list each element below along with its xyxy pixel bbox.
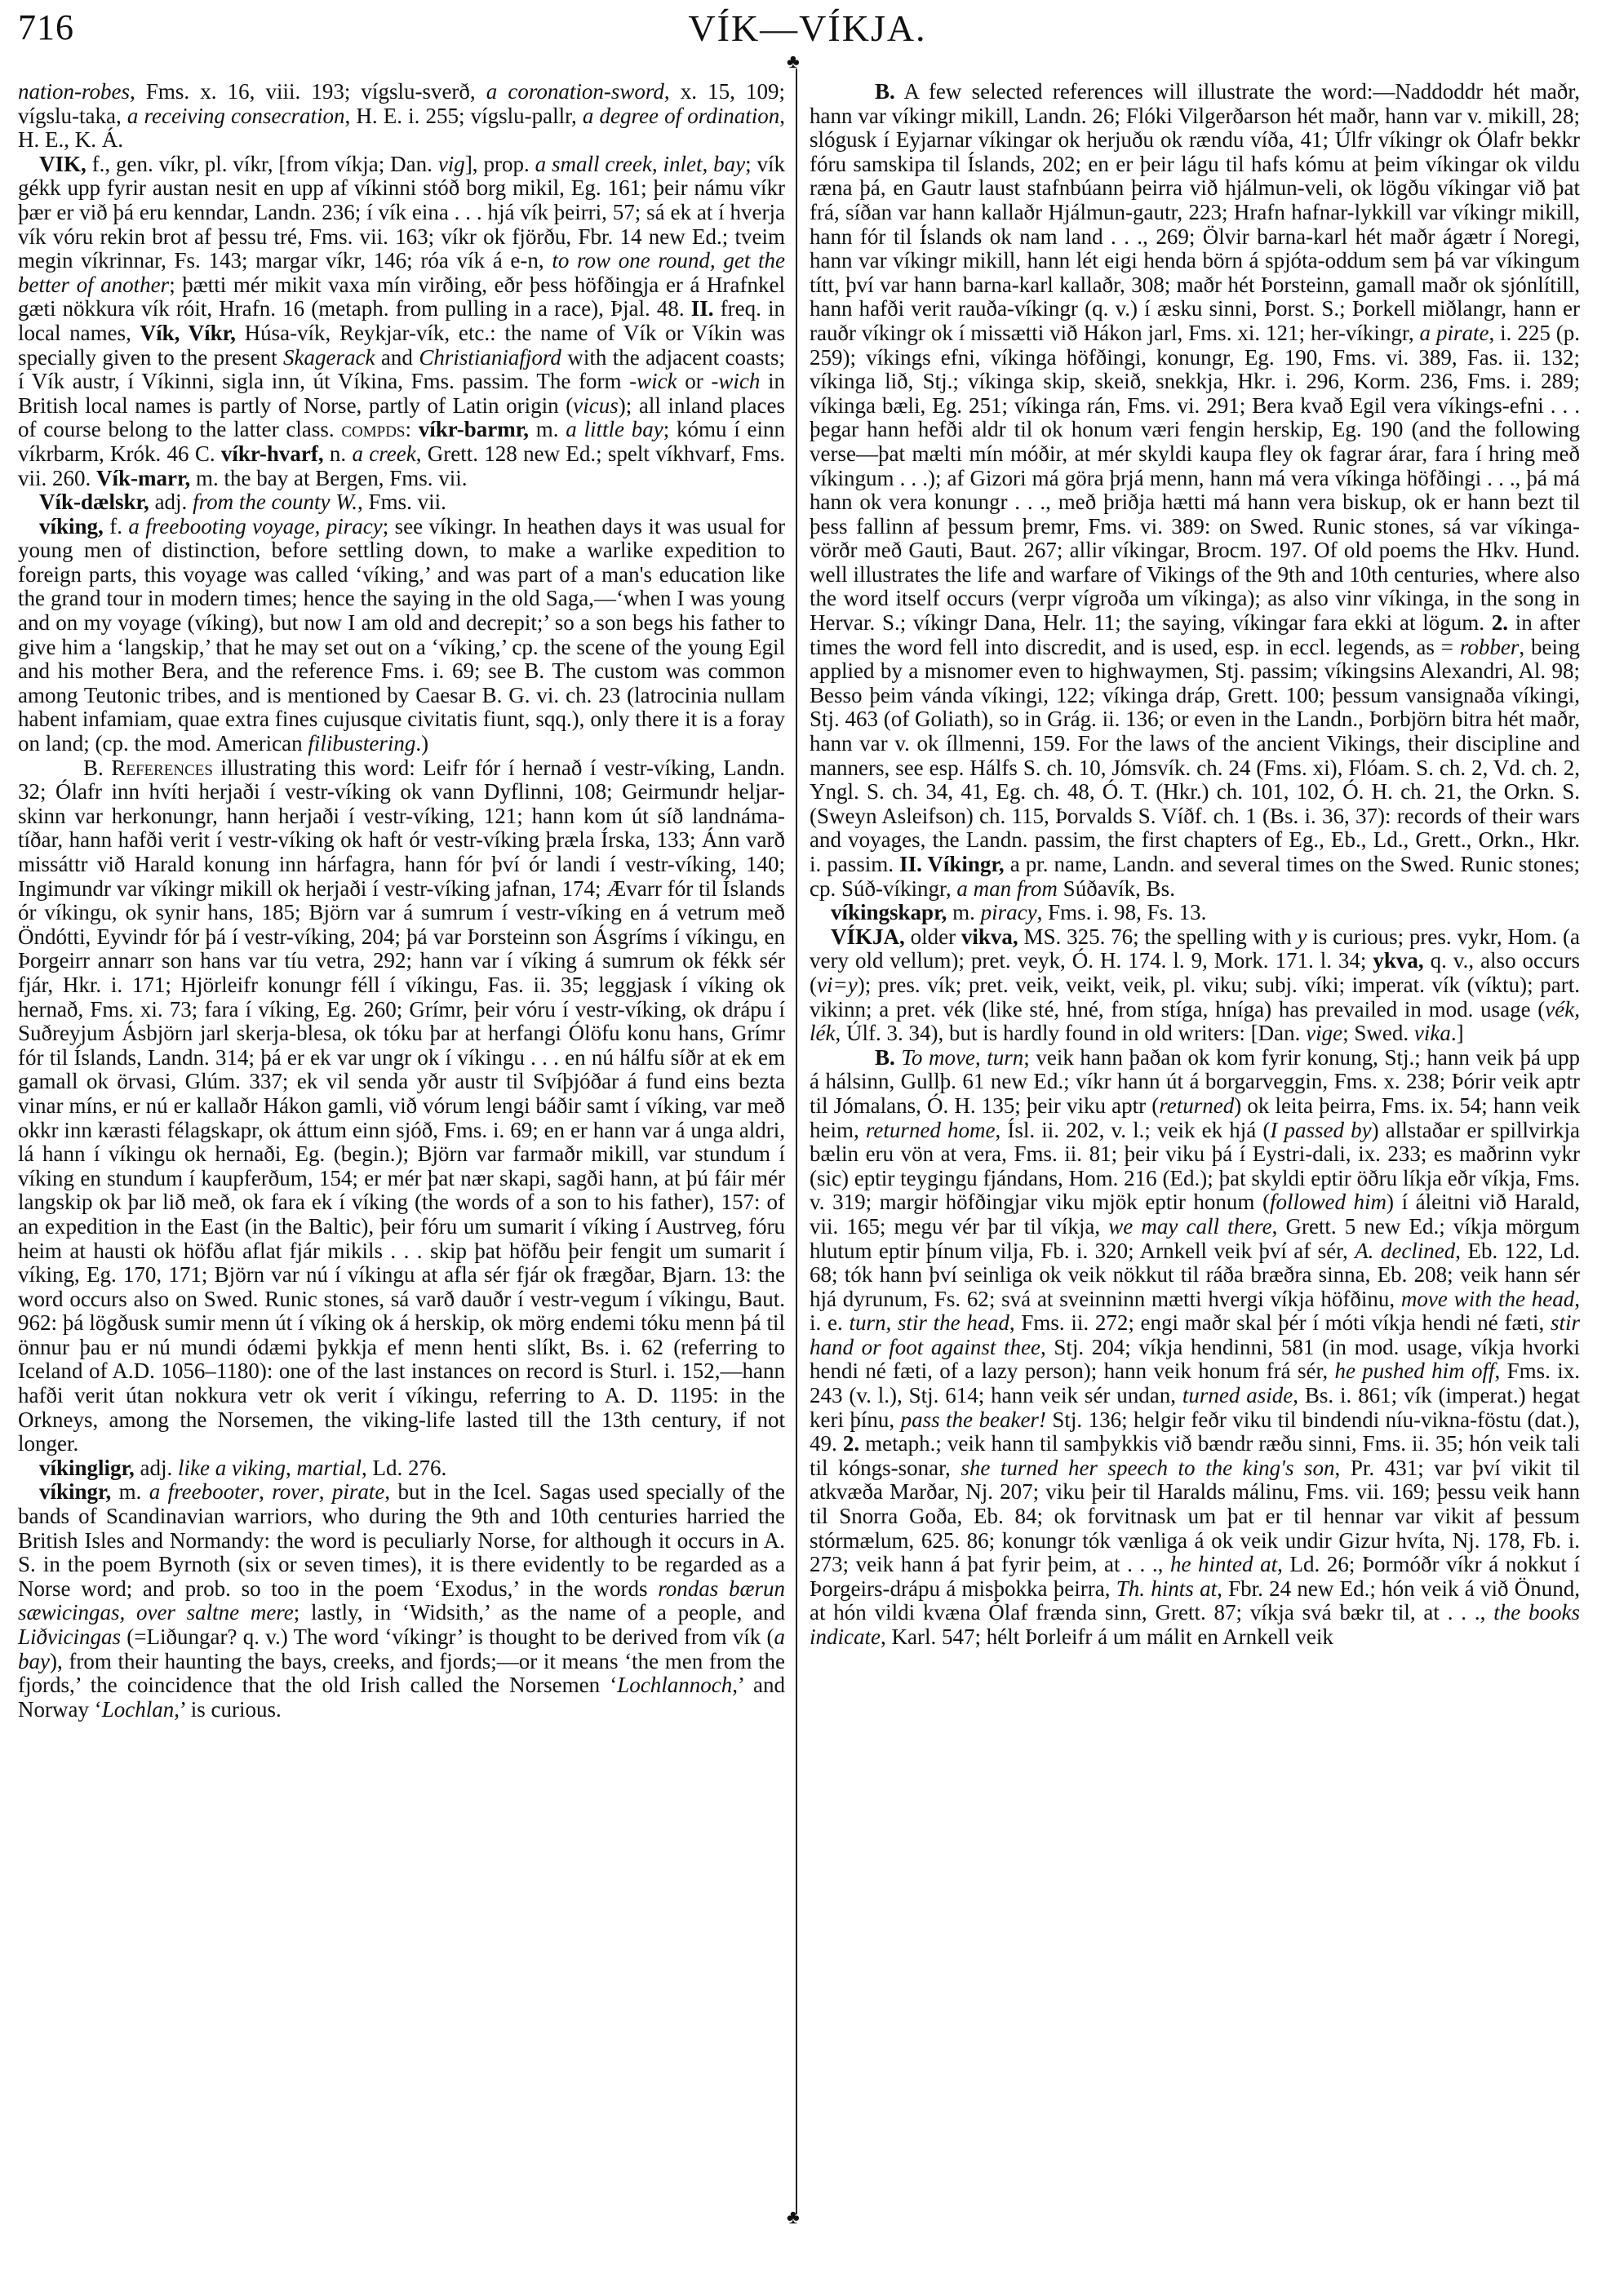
column-divider (796, 69, 797, 2214)
dictionary-entry-vik-daelskr: Vík-dælskr, adj. from the county W., Fms… (18, 490, 785, 515)
dictionary-entry-cont: nation-robes, Fms. x. 16, viii. 193; víg… (18, 80, 785, 153)
entry-text: vige (1306, 1021, 1342, 1045)
entry-text: move with the head (1401, 1287, 1574, 1311)
entry-text: a receiving consecration (127, 104, 345, 128)
entry-text: turn, stir the head (849, 1310, 1009, 1335)
entry-text: a freebooting voyage, piracy (128, 514, 382, 539)
headword: II. Víkingr, (899, 852, 1005, 876)
entry-text: ; see víkingr. In heathen days it was us… (18, 514, 785, 756)
entry-text: ; lastly, in ‘Widsith,’ as the name of a… (294, 1600, 785, 1624)
entry-text: returned (1159, 1093, 1234, 1118)
entry-text: we may call there (1108, 1214, 1271, 1239)
entry-text: he hinted at (1170, 1552, 1277, 1576)
entry-text: pirate (332, 1479, 385, 1504)
headword: 2. (1492, 610, 1508, 635)
entry-text: piracy (981, 900, 1037, 924)
headword: II. (691, 296, 714, 321)
entry-text: he pushed him off (1334, 1359, 1494, 1383)
entry-text: robber (1460, 635, 1520, 659)
entry-text: vig (438, 152, 465, 176)
headword: VIK, (39, 152, 87, 176)
entry-text: ); pres. vík; pret. veik, veikt, veik, p… (810, 973, 1580, 1022)
entry-text: I passed by (1270, 1118, 1371, 1142)
entry-text: she turned her speech to the king's son (961, 1456, 1334, 1480)
entry-text: f. (104, 514, 129, 539)
entry-text: To move, turn (901, 1045, 1023, 1070)
entry-text: or (677, 369, 712, 393)
entry-text: A. declined (1355, 1239, 1455, 1263)
entry-text: : (406, 417, 419, 441)
entry-text: and (375, 345, 419, 370)
headword: B. (875, 79, 895, 104)
entry-text: , Fms. ii. 272; engi maðr skal þér í mót… (1009, 1310, 1551, 1335)
entry-text: A few selected references will illustrat… (810, 79, 1580, 345)
entry-text: Súðavík, Bs. (1058, 876, 1175, 901)
entry-text: , Fms. i. 98, Fs. 13. (1037, 900, 1207, 924)
entry-text: illustrating this word: Leifr fór í hern… (18, 756, 785, 1456)
entry-text: B. (83, 756, 111, 780)
entry-text: a little bay (566, 417, 663, 441)
entry-text: n. (324, 441, 353, 466)
running-title: VÍK—VÍKJA. (0, 7, 1615, 50)
entry-text: Th. hints at (1116, 1576, 1217, 1601)
entry-text: Skagerack (283, 345, 375, 370)
entry-text: vika (1414, 1021, 1451, 1045)
entry-text: a creek (352, 441, 415, 466)
entry-text: rover (272, 1479, 318, 1504)
entry-text: a degree of ordination (583, 104, 779, 128)
headword: víkingr, (39, 1479, 111, 1504)
entry-text: -wick (629, 369, 677, 393)
entry-text: , H. E. i. 255; vígslu-pallr, (345, 104, 583, 128)
dictionary-entry-vikingr-b: B. A few selected references will illust… (810, 80, 1580, 901)
entry-text: compds (341, 417, 405, 441)
entry-text: ,’ is curious. (174, 1697, 281, 1722)
dictionary-entry-vikingskapr: víkingskapr, m. piracy, Fms. i. 98, Fs. … (810, 901, 1580, 925)
dictionary-entry-vikingligr: víkingligr, adj. like a viking, martial,… (18, 1456, 785, 1481)
entry-text: m. the bay at Bergen, Fms. vii. (190, 466, 467, 490)
entry-text: Lochlannoch (617, 1673, 732, 1697)
entry-text: from the county W. (193, 490, 357, 514)
entry-text: ], prop. (465, 152, 535, 176)
headword: Vík, Víkr, (140, 321, 236, 345)
entry-text: nation-robes (18, 79, 130, 104)
headword: víkingligr, (39, 1456, 135, 1480)
entry-text: older (905, 924, 961, 949)
entry-text: m. (947, 900, 980, 924)
headword: VÍKJA, (831, 924, 905, 949)
entry-text: Liðvicingas (18, 1624, 121, 1649)
entry-text: m. (111, 1479, 149, 1504)
entry-text: followed him (1270, 1190, 1387, 1214)
entry-text: adj. (135, 1456, 178, 1480)
entry-text: like a viking (178, 1456, 286, 1480)
headword: Vík-marr, (96, 466, 190, 490)
entry-text: martial (297, 1456, 362, 1480)
entry-text: filibustering (308, 731, 415, 756)
left-column: nation-robes, Fms. x. 16, viii. 193; víg… (18, 80, 785, 1722)
entry-text: Lochlan (102, 1697, 175, 1722)
entry-text: adj. (149, 490, 193, 514)
entry-text: , (286, 1456, 297, 1480)
entry-text: , being applied by a misnomer even to hi… (810, 635, 1580, 876)
entry-text: (=Liðungar? q. v.) The word ‘víkingr’ is… (121, 1624, 774, 1649)
headword: 2. (843, 1431, 859, 1456)
entry-text: , (259, 1479, 272, 1504)
headword: víkingskapr, (831, 900, 947, 924)
entry-text: returned home (866, 1118, 996, 1142)
entry-text: , Karl. 547; hélt Þorleifr á um málit en… (881, 1624, 1333, 1649)
entry-text: a man from (956, 876, 1058, 901)
entry-text: .) (415, 731, 428, 756)
entry-text: a small creek, inlet, bay (535, 152, 746, 176)
entry-text: , Fms. vii. (357, 490, 446, 514)
right-column: B. A few selected references will illust… (810, 80, 1580, 1650)
entry-text: y (1297, 924, 1307, 949)
dictionary-entry-vikingr: víkingr, m. a freebooter, rover, pirate,… (18, 1480, 785, 1722)
headword: vikva, (961, 924, 1018, 949)
entry-text: f., gen. víkr, pl. víkr, [from víkja; Da… (87, 152, 438, 176)
dictionary-entry-viking: víking, f. a freebooting voyage, piracy;… (18, 515, 785, 756)
dictionary-entry-viking-refs: B. References illustrating this word: Le… (18, 756, 785, 1456)
trefoil-ornament-icon: ♣ (787, 52, 800, 72)
entry-text: vicus (573, 393, 618, 418)
entry-text: a pirate (1420, 321, 1489, 345)
headword: víkr-hvarf, (221, 441, 324, 466)
entry-text: References (111, 756, 213, 780)
entry-text: Christianiafjord (419, 345, 561, 370)
headword: B. (875, 1045, 895, 1070)
headword: ykva, (1373, 948, 1423, 973)
entry-text: pass the beaker! (901, 1407, 1046, 1432)
headword: víkr-barmr, (419, 417, 529, 441)
headword: víking, (39, 514, 104, 539)
entry-text: , (319, 1479, 332, 1504)
entry-text: , i. 225 (p. 259); víkings efni, víkinga… (810, 321, 1580, 635)
entry-text: a coronation-sword (486, 79, 664, 104)
dictionary-entry-vikja-b: B. To move, turn; veik hann þaðan ok kom… (810, 1046, 1580, 1650)
entry-text: .] (1451, 1021, 1464, 1045)
entry-text: , Ísl. ii. 202, v. l.; veik ek hjá ( (995, 1118, 1270, 1142)
entry-text: ; Swed. (1342, 1021, 1414, 1045)
dictionary-entry-vikja: VÍKJA, older vikva, MS. 325. 76; the spe… (810, 925, 1580, 1046)
entry-text: -wich (711, 369, 760, 393)
headword: Vík-dælskr, (39, 490, 149, 514)
entry-text: , Úlf. 3. 34), but is hardly found in ol… (835, 1021, 1306, 1045)
entry-text: , Ld. 276. (362, 1456, 446, 1480)
entry-text: a freebooter (149, 1479, 259, 1504)
entry-text: m. (529, 417, 566, 441)
entry-text: MS. 325. 76; the spelling with (1018, 924, 1298, 949)
trefoil-ornament-icon: ♣ (787, 2208, 800, 2227)
entry-text: turned aside (1182, 1383, 1293, 1407)
entry-text: vi=y (817, 973, 858, 997)
entry-text: , Fms. x. 16, viii. 193; vígslu-sverð, (130, 79, 486, 104)
dictionary-entry-vik: VIK, f., gen. víkr, pl. víkr, [from víkj… (18, 153, 785, 490)
